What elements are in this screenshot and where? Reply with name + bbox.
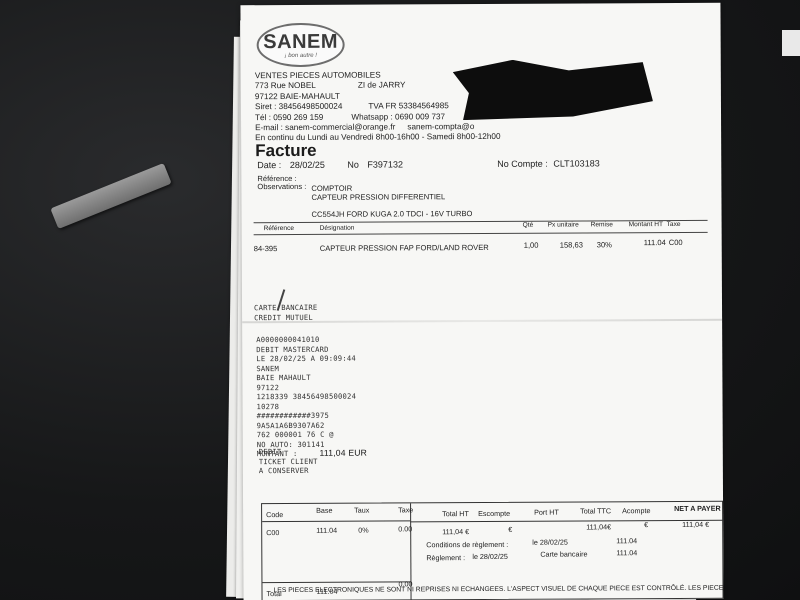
item-designation: CAPTEUR PRESSION FAP FORD/LAND ROVER bbox=[320, 243, 489, 253]
invoice-date: Date : 28/02/25 No F397132 bbox=[257, 159, 403, 170]
account-number: No Compte : CLT103183 bbox=[497, 158, 599, 169]
payment-date: le 28/02/25 bbox=[472, 552, 508, 561]
conditions-label: Conditions de règlement : bbox=[426, 540, 508, 549]
tax-rate-header: Taux bbox=[354, 506, 369, 515]
total-ttc-header: Total TTC bbox=[580, 506, 611, 515]
observation-line: CAPTEUR PRESSION DIFFERENTIEL bbox=[311, 192, 445, 202]
document-title: Facture bbox=[255, 141, 317, 161]
payment-amount: 111.04 bbox=[616, 548, 637, 557]
col-discount: Remise bbox=[591, 221, 613, 228]
tax-amount-header: Taxe bbox=[398, 505, 413, 514]
divider bbox=[262, 520, 410, 522]
item-unit-price: 158,63 bbox=[560, 240, 583, 249]
background-object bbox=[782, 30, 800, 56]
tax-row: C00 111.04 0% 0.00 bbox=[262, 502, 722, 504]
card-receipt-body: A0000000041010 DEBIT MASTERCARD LE 28/02… bbox=[256, 335, 367, 459]
conditions-date: le 28/02/25 bbox=[532, 538, 568, 547]
company-logo: SANEM ¡ bon autre ! bbox=[257, 23, 345, 67]
card-receipt-header: CARTE BANCAIRE CREDIT MUTUEL bbox=[254, 303, 317, 322]
col-designation: Désignation bbox=[320, 225, 355, 232]
conditions-amount: 111.04 bbox=[616, 536, 637, 545]
logo-text: SANEM bbox=[259, 31, 343, 54]
company-zone: ZI de JARRY bbox=[358, 81, 406, 90]
item-tax: C00 bbox=[669, 238, 683, 247]
escompte-header: Escompte bbox=[478, 509, 510, 518]
card-receipt-footer: DEBIT TICKET CLIENT A CONSERVER bbox=[259, 447, 318, 476]
tax-code-header: Code bbox=[266, 510, 283, 519]
item-reference: 84-395 bbox=[254, 244, 278, 253]
net-a-payer-header: NET A PAYER bbox=[674, 504, 721, 513]
item-discount: 30% bbox=[597, 240, 612, 249]
divider bbox=[410, 520, 723, 523]
col-amount: Montant HT bbox=[629, 221, 663, 228]
col-qty: Qté bbox=[523, 222, 534, 229]
acompte-header: Acompte bbox=[622, 506, 650, 515]
item-qty: 1,00 bbox=[524, 241, 539, 250]
divider bbox=[262, 581, 410, 583]
tax-base-header: Base bbox=[316, 506, 332, 515]
divider bbox=[254, 232, 708, 235]
net-a-payer-value: 111,04 € bbox=[682, 520, 709, 529]
item-amount: 111.04 bbox=[644, 238, 666, 247]
acompte-value: € bbox=[644, 520, 648, 529]
total-ttc-value: 111,04€ bbox=[586, 522, 611, 531]
invoice-number: F397132 bbox=[367, 159, 403, 169]
port-ht-header: Port HT bbox=[534, 508, 559, 517]
invoice-document: SANEM ¡ bon autre ! VENTES PIECES AUTOMO… bbox=[240, 3, 723, 600]
total-ht-value: 111,04 € bbox=[442, 527, 469, 536]
observation-line: COMPTOIR bbox=[311, 184, 352, 193]
total-ht-header: Total HT bbox=[442, 509, 469, 518]
col-tax: Taxe bbox=[667, 221, 681, 228]
col-unit-price: Px unitaire bbox=[548, 221, 579, 228]
vehicle-info: CC554JH FORD KUGA 2.0 TDCI - 16V TURBO bbox=[312, 209, 473, 219]
payment-method: Carte bancaire bbox=[540, 549, 587, 558]
observations-label: Observations : bbox=[257, 182, 306, 191]
payment-label: Règlement : bbox=[426, 553, 465, 562]
redaction-marker bbox=[453, 59, 653, 120]
col-reference: Référence bbox=[264, 225, 294, 232]
escompte-value: € bbox=[508, 525, 512, 534]
